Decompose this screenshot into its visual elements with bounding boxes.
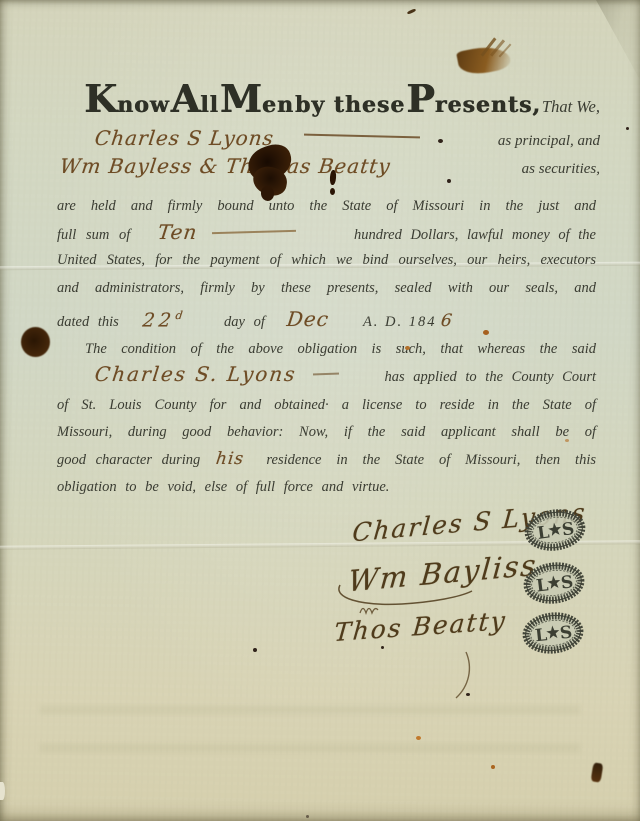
signature-underline-flourish [332, 582, 478, 610]
heading-initial: P [406, 76, 435, 121]
heading-word-presents: Presents, [406, 76, 541, 121]
condition-line-5-post: residence in the State of Missouri, then… [266, 450, 596, 470]
ink-speck [438, 139, 443, 143]
ink-drip [329, 170, 336, 185]
condition-line-5-pre: good character during [57, 450, 200, 470]
securities-label: as securities, [522, 161, 600, 178]
condition-line-2: Charles S. Lyons has applied to the Coun… [57, 364, 596, 387]
rust-dot [565, 439, 569, 442]
body-line-4: and administrators, firmly by these pres… [57, 278, 596, 298]
heading-that-we: That We, [542, 97, 600, 117]
rust-dot [491, 765, 495, 769]
body-line-1: are held and firmly bound unto the State… [57, 196, 596, 216]
year-fill-manuscript: 6 [439, 311, 453, 331]
securities-names-manuscript: Wm Bayless & Thomas Beatty [59, 154, 393, 178]
condition-line-3: of St. Louis County for and obtained· a … [57, 395, 596, 415]
heading-initial: K [84, 76, 117, 121]
ink-speck [306, 815, 309, 818]
bleedthrough-band [40, 744, 580, 752]
ink-dash [304, 134, 420, 139]
body-line-2-pre: full sum of [57, 225, 130, 245]
ink-blot-round [21, 327, 50, 357]
seal-letter-s: S [561, 519, 576, 541]
day-number: 22 [141, 309, 176, 331]
body-line-3: United States, for the payment of which … [57, 250, 596, 270]
applicant-name-manuscript: Charles S. Lyons [94, 364, 298, 384]
condition-line-2-post: has applied to the County Court [385, 367, 596, 387]
principal-name-manuscript: Charles S Lyons [94, 126, 276, 150]
day-of-label: day of [224, 312, 265, 332]
ink-smudge [456, 42, 512, 77]
seal-letter-s: S [559, 623, 573, 644]
corner-fold [596, 0, 640, 80]
sum-fill-manuscript: Ten [157, 222, 199, 242]
ink-speck [447, 179, 451, 183]
edge-chip [0, 782, 5, 800]
condition-line-6: obligation to be void, else of full forc… [57, 477, 596, 497]
ls-seal-3: L S [520, 609, 586, 657]
heading-word-men: Men [220, 76, 294, 121]
condition-line-5: good character during his residence in t… [57, 449, 596, 470]
body-line-5: dated this 22d day of Dec A. D. 184 6 [57, 306, 596, 332]
day-ordinal: d [175, 309, 188, 322]
heading-word-know: Know [84, 76, 170, 121]
condition-line-1: The condition of the above obligation is… [57, 339, 596, 359]
ls-seal-1: L S [521, 505, 588, 555]
heading-word-all: All [171, 76, 219, 121]
document-scan: Know All Men by these Presents, That We,… [0, 0, 640, 821]
seal-letter-l: L [534, 625, 548, 646]
heading-initial: A [171, 76, 200, 121]
document-heading: Know All Men by these Presents, That We, [84, 76, 600, 121]
ink-speck [253, 648, 257, 652]
heading-rest: now [117, 92, 170, 118]
ad-year-printed: A. D. 184 [363, 312, 437, 332]
ink-dash [313, 372, 339, 375]
ink-flourish-m [358, 602, 380, 616]
rust-dot [416, 736, 421, 740]
seal-letter-l: L [535, 575, 549, 596]
heading-rest: ll [200, 92, 219, 118]
pronoun-fill-manuscript: his [215, 449, 246, 469]
principal-row: Charles S Lyons as principal, and [95, 126, 600, 150]
heading-rest: resents, [435, 92, 541, 118]
principal-label: as principal, and [498, 133, 600, 150]
dated-this-label: dated this [57, 312, 119, 332]
ink-speck [626, 127, 629, 130]
bleedthrough-band [40, 706, 580, 714]
rust-dot [405, 346, 410, 350]
heading-word-bythese: by these [295, 92, 405, 118]
ink-mark [591, 762, 604, 782]
month-fill-manuscript: Dec [286, 309, 331, 329]
day-fill-manuscript: 22d [141, 306, 187, 330]
condition-line-4: Missouri, during good behavior: Now, if … [57, 422, 596, 442]
heading-rest: by these [295, 92, 405, 118]
rust-dot [483, 330, 489, 335]
ink-dash [212, 229, 296, 233]
heading-initial: M [220, 76, 262, 121]
ink-drip-dot [330, 188, 335, 195]
ink-speck [466, 693, 470, 696]
heading-rest: en [262, 92, 294, 118]
ink-speck [381, 646, 384, 649]
body-line-2: full sum of Ten hundred Dollars, lawful … [57, 222, 596, 245]
ink-mark [407, 8, 416, 14]
signature-descender-flourish [452, 650, 478, 702]
seal-letter-s: S [560, 572, 575, 593]
body-line-2-post: hundred Dollars, lawful money of the [354, 225, 596, 245]
ls-seal-2: L S [521, 558, 588, 607]
